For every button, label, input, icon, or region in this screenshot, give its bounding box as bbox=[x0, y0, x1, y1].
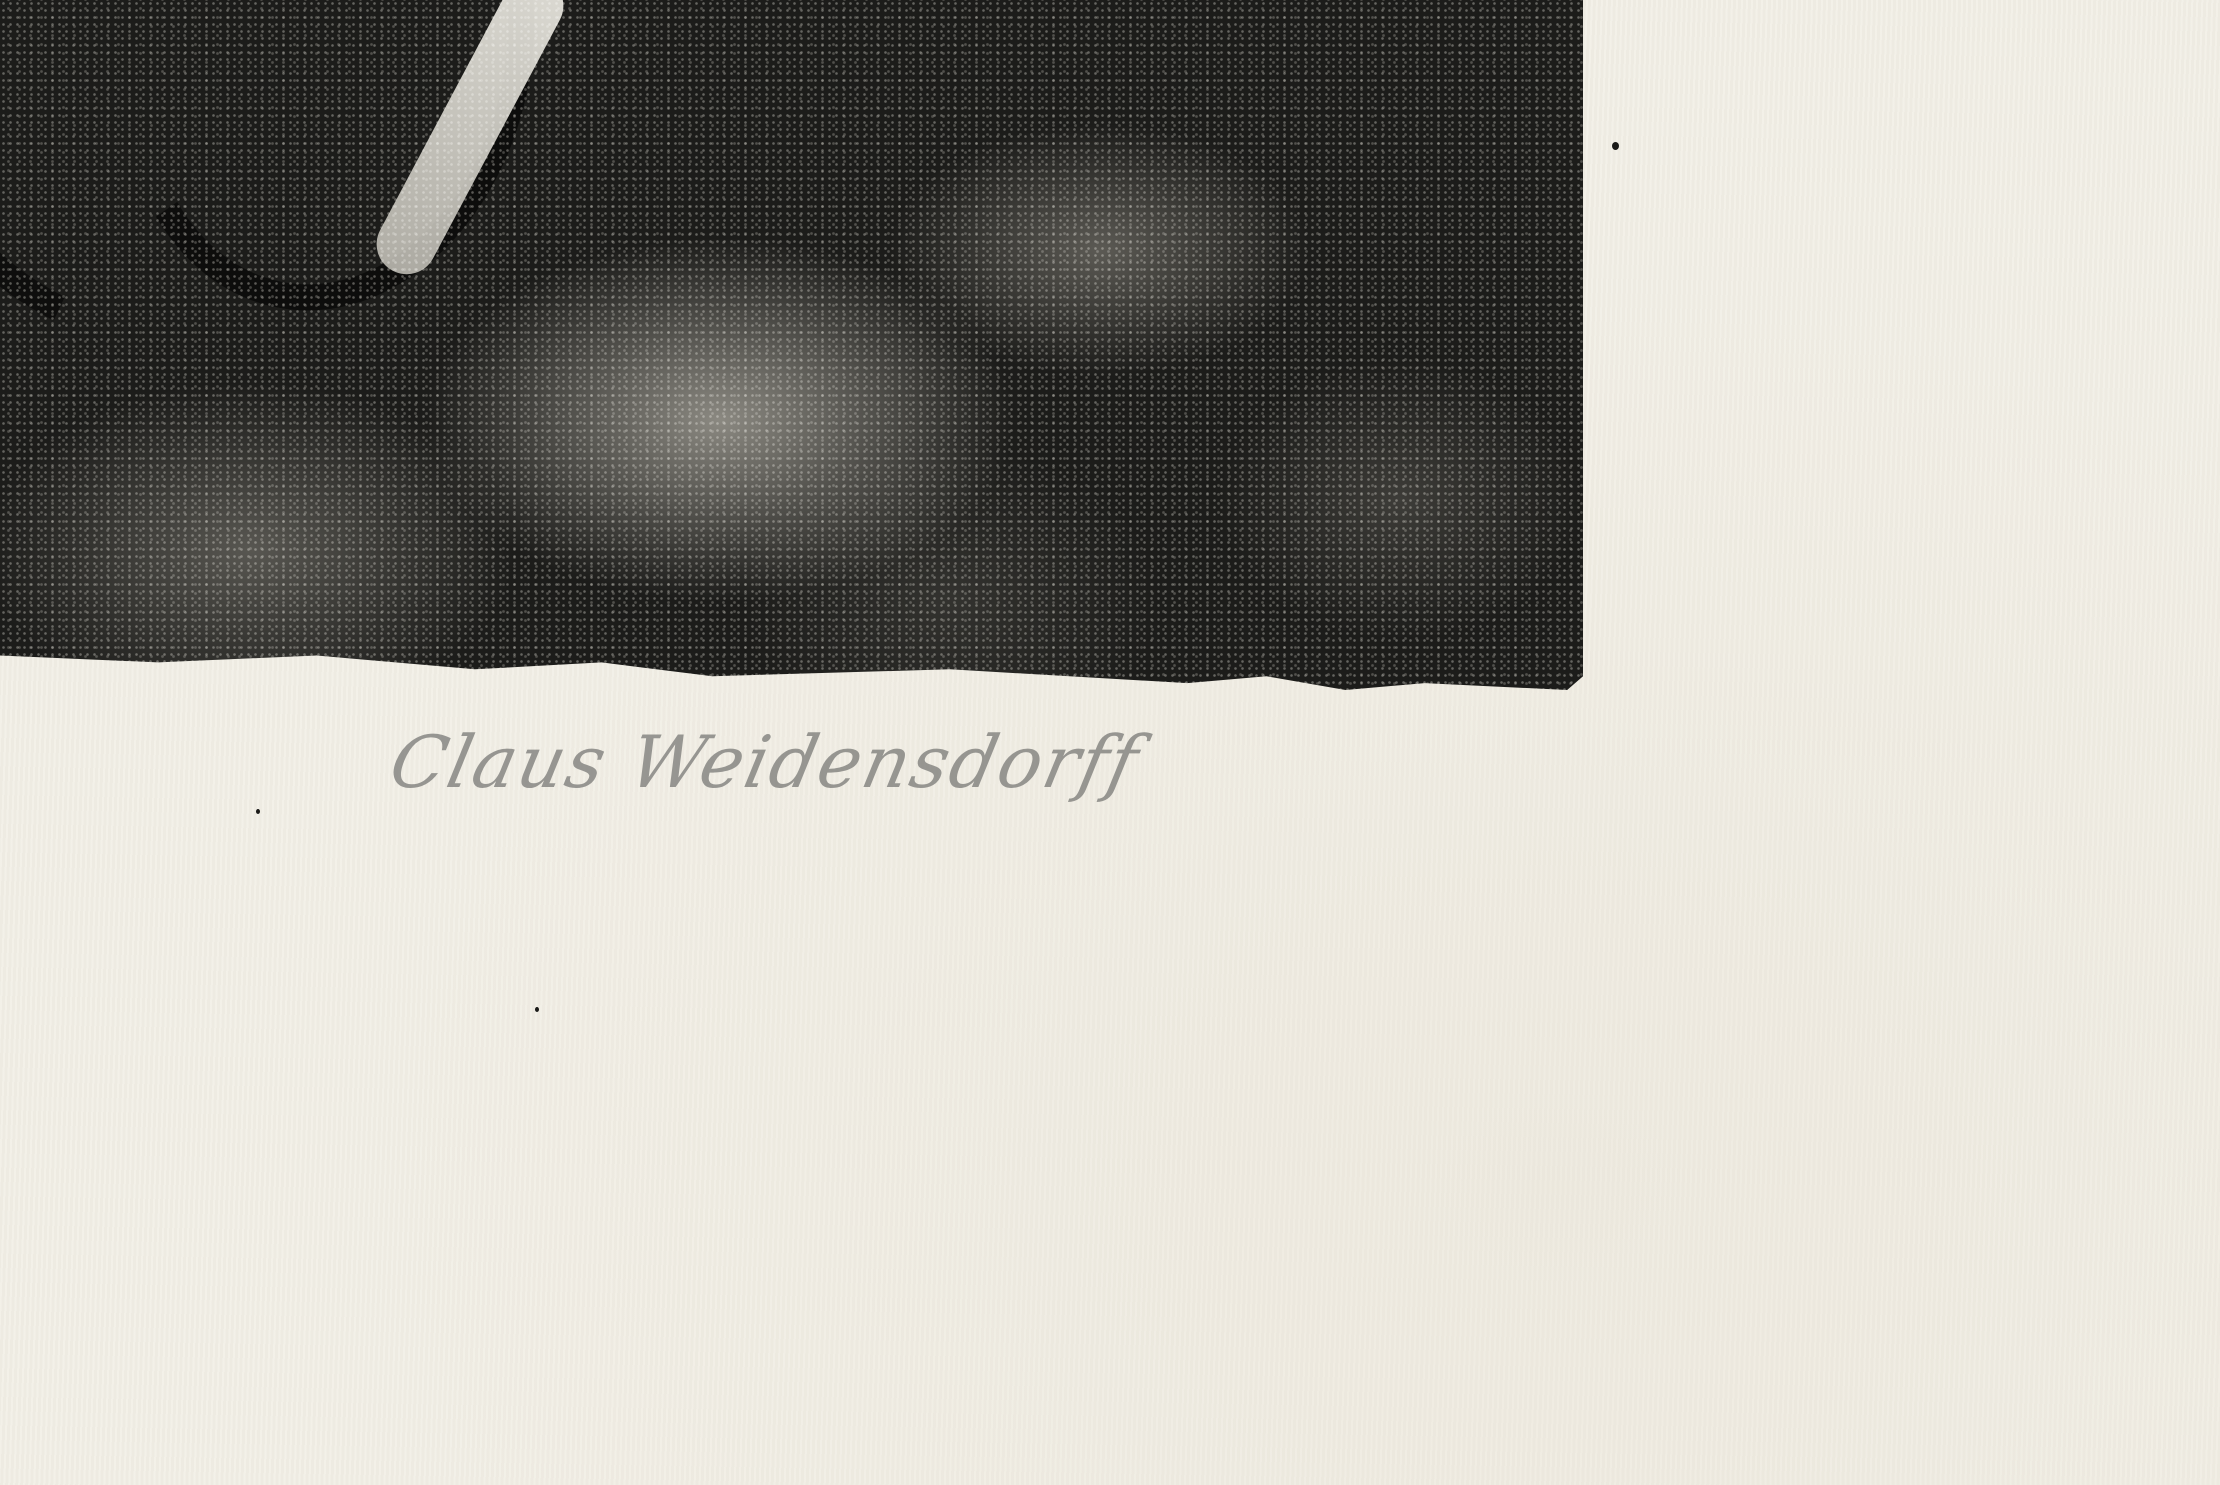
print-speckle-texture bbox=[0, 0, 1583, 690]
ink-speck bbox=[1612, 142, 1619, 150]
ink-speck bbox=[535, 1007, 539, 1012]
ink-speck bbox=[256, 809, 260, 814]
printed-image-area bbox=[0, 0, 1583, 690]
artist-signature: Claus Weidensdorff bbox=[383, 720, 1147, 804]
